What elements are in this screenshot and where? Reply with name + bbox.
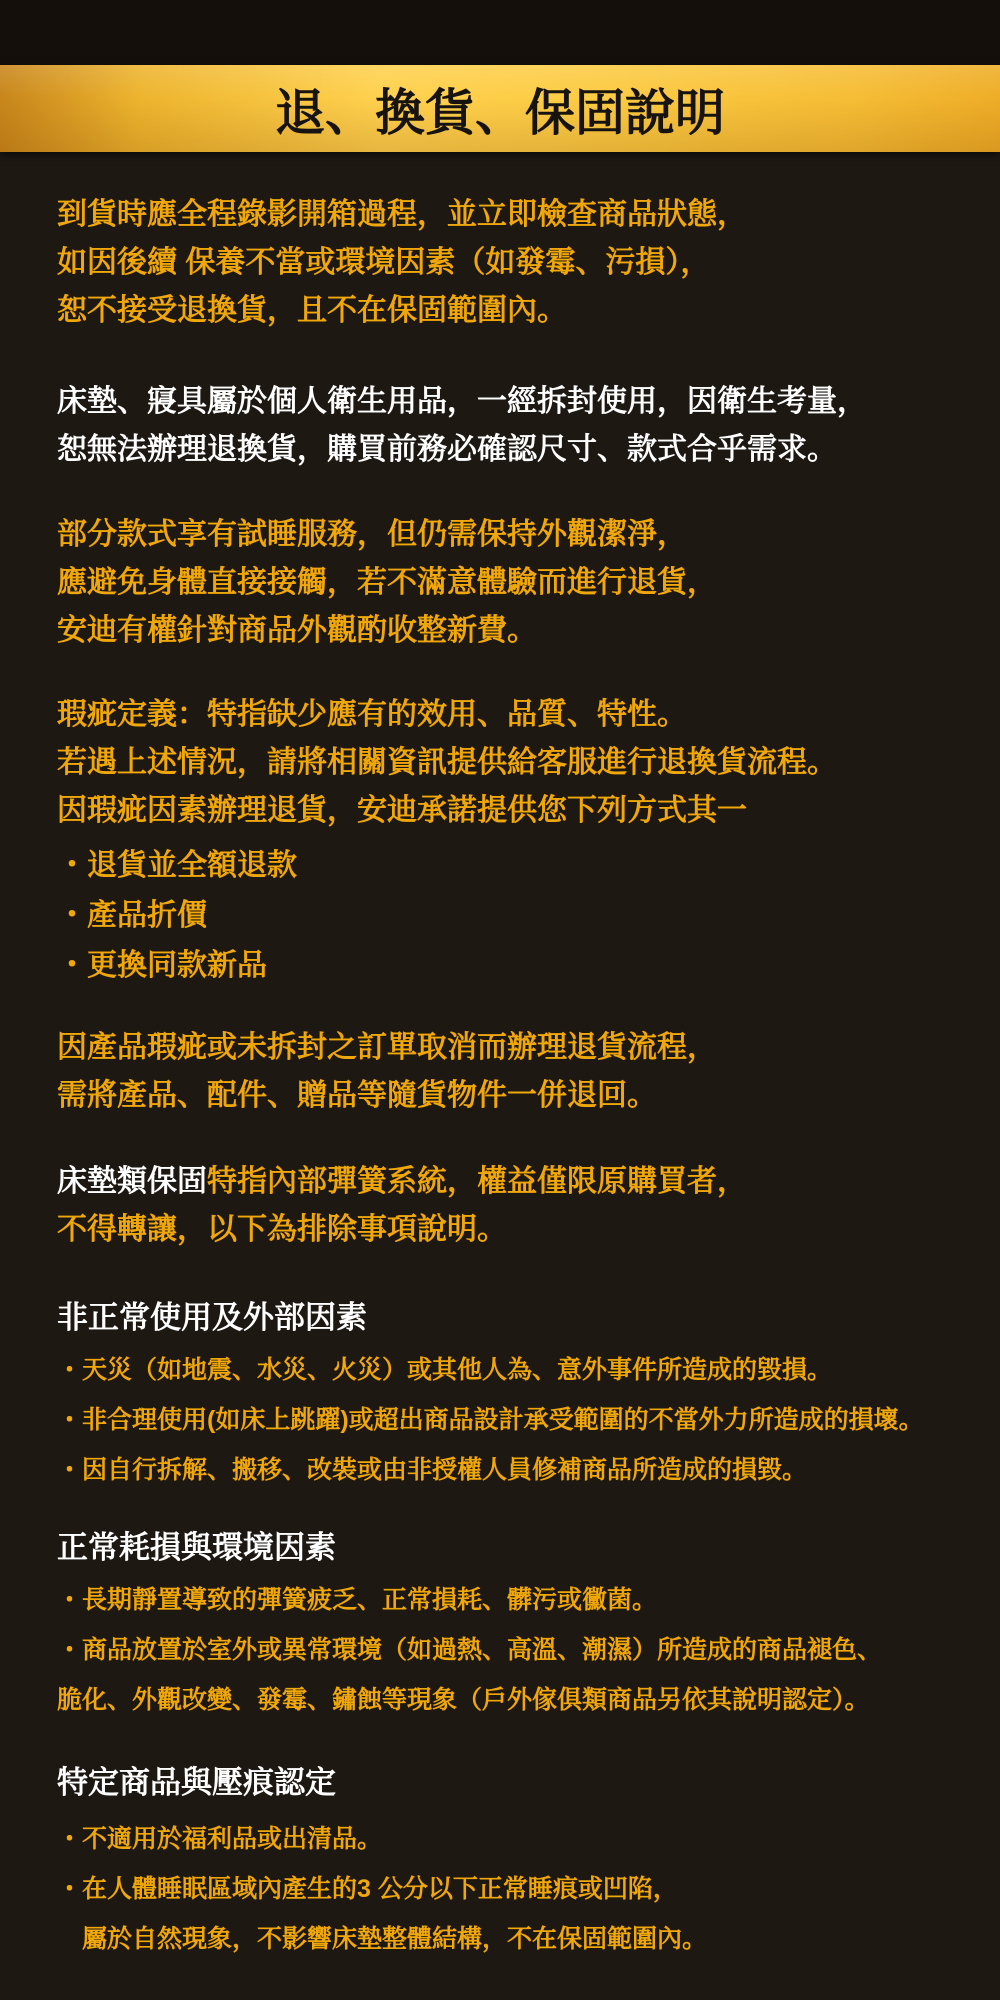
bullet-icon: ・: [57, 1356, 82, 1384]
list-item: ・產品折價: [57, 891, 297, 941]
abnormal-use-bullet-list: ・天災（如地震、水災、火災）或其他人為、意外事件所造成的毀損。 ・非合理使用(如…: [57, 1345, 924, 1495]
list-item: ・更換同款新品: [57, 941, 297, 991]
specific-products-bullet-list: ・不適用於福利品或出清品。 ・在人體睡眠區域內產生的3 公分以下正常睡痕或凹陷，…: [57, 1814, 707, 1964]
bullet-icon: ・: [57, 1636, 82, 1664]
paragraph-mattress-warranty: 床墊類保固特指內部彈簧系統，權益僅限原購買者， 不得轉讓，以下為排除事項說明。: [57, 1158, 747, 1254]
list-item: ・長期靜置導致的彈簧疲乏、正常損耗、髒污或黴菌。: [57, 1575, 882, 1625]
bullet-icon: ・: [57, 1825, 82, 1853]
list-item-label: 更換同款新品: [87, 949, 267, 982]
policy-content: 到貨時應全程錄影開箱過程，並立即檢查商品狀態， 如因後續 保養不當或環境因素（如…: [57, 0, 967, 2000]
text-line: 安迪有權針對商品外觀酌收整新費。: [57, 607, 717, 655]
section-heading-specific-products: 特定商品與壓痕認定: [57, 1759, 336, 1807]
list-item: ・因自行拆解、搬移、改裝或由非授權人員修補商品所造成的損毀。: [57, 1445, 924, 1495]
bullet-icon: ・: [57, 949, 87, 982]
text-line: 床墊類保固特指內部彈簧系統，權益僅限原購買者，: [57, 1158, 747, 1206]
list-item-continuation: 脆化、外觀改變、發霉、鏽蝕等現象（戶外傢俱類商品另依其說明認定）。: [57, 1675, 882, 1725]
list-item-label: 退貨並全額退款: [87, 849, 297, 882]
list-item-label: 非合理使用(如床上跳躍)或超出商品設計承受範圍的不當外力所造成的損壞。: [82, 1406, 924, 1434]
list-item: ・在人體睡眠區域內產生的3 公分以下正常睡痕或凹陷，: [57, 1864, 707, 1914]
bullet-icon: ・: [57, 1586, 82, 1614]
text-line: 因產品瑕疵或未拆封之訂單取消而辦理退貨流程，: [57, 1024, 717, 1072]
list-item-label: 因自行拆解、搬移、改裝或由非授權人員修補商品所造成的損毀。: [82, 1456, 807, 1484]
list-item: ・非合理使用(如床上跳躍)或超出商品設計承受範圍的不當外力所造成的損壞。: [57, 1395, 924, 1445]
list-item-label: 長期靜置導致的彈簧疲乏、正常損耗、髒污或黴菌。: [82, 1586, 657, 1614]
normal-wear-bullet-list: ・長期靜置導致的彈簧疲乏、正常損耗、髒污或黴菌。 ・商品放置於室外或異常環境（如…: [57, 1575, 882, 1725]
paragraph-arrival-inspection: 到貨時應全程錄影開箱過程，並立即檢查商品狀態， 如因後續 保養不當或環境因素（如…: [57, 191, 747, 335]
bullet-icon: ・: [57, 899, 87, 932]
list-item-continuation: 屬於自然現象，不影響床墊整體結構，不在保固範圍內。: [82, 1914, 707, 1964]
paragraph-trial-service: 部分款式享有試睡服務，但仍需保持外觀潔淨， 應避免身體直接接觸，若不滿意體驗而進…: [57, 511, 717, 655]
text-line: 恕無法辦理退換貨，購買前務必確認尺寸、款式合乎需求。: [57, 426, 867, 474]
text-line: 瑕疵定義：特指缺少應有的效用、品質、特性。: [57, 691, 837, 739]
paragraph-hygiene-products: 床墊、寢具屬於個人衛生用品，一經拆封使用，因衛生考量， 恕無法辦理退換貨，購買前…: [57, 378, 867, 474]
list-item: ・商品放置於室外或異常環境（如過熱、高溫、潮濕）所造成的商品褪色、: [57, 1625, 882, 1675]
list-item: ・天災（如地震、水災、火災）或其他人為、意外事件所造成的毀損。: [57, 1345, 924, 1395]
list-item-label: 商品放置於室外或異常環境（如過熱、高溫、潮濕）所造成的商品褪色、: [82, 1636, 882, 1664]
text-line: 恕不接受退換貨，且不在保固範圍內。: [57, 287, 747, 335]
refund-options-list: ・退貨並全額退款 ・產品折價 ・更換同款新品: [57, 841, 297, 991]
list-item-label: 不適用於福利品或出清品。: [82, 1825, 382, 1853]
bullet-icon: ・: [57, 1875, 82, 1903]
section-heading-abnormal-use: 非正常使用及外部因素: [57, 1294, 367, 1342]
bullet-icon: ・: [57, 849, 87, 882]
return-policy-page: 退、換貨、保固說明 到貨時應全程錄影開箱過程，並立即檢查商品狀態， 如因後續 保…: [0, 0, 1000, 2000]
text-line: 床墊、寢具屬於個人衛生用品，一經拆封使用，因衛生考量，: [57, 378, 867, 426]
text-line: 應避免身體直接接觸，若不滿意體驗而進行退貨，: [57, 559, 717, 607]
bullet-icon: ・: [57, 1406, 82, 1434]
paragraph-return-flow: 因產品瑕疵或未拆封之訂單取消而辦理退貨流程， 需將產品、配件、贈品等隨貨物件一併…: [57, 1024, 717, 1120]
text-line: 如因後續 保養不當或環境因素（如發霉、污損），: [57, 239, 747, 287]
list-item-label: 天災（如地震、水災、火災）或其他人為、意外事件所造成的毀損。: [82, 1356, 832, 1384]
text-line: 到貨時應全程錄影開箱過程，並立即檢查商品狀態，: [57, 191, 747, 239]
paragraph-defect-definition: 瑕疵定義：特指缺少應有的效用、品質、特性。 若遇上述情況，請將相關資訊提供給客服…: [57, 691, 837, 835]
list-item: ・不適用於福利品或出清品。: [57, 1814, 707, 1864]
warranty-highlight: 床墊類保固: [57, 1165, 207, 1198]
section-heading-normal-wear: 正常耗損與環境因素: [57, 1524, 336, 1572]
bullet-icon: ・: [57, 1456, 82, 1484]
warranty-gold-text: 特指內部彈簧系統，權益僅限原購買者，: [207, 1165, 747, 1198]
list-item-label: 產品折價: [87, 899, 207, 932]
text-line: 若遇上述情況，請將相關資訊提供給客服進行退換貨流程。: [57, 739, 837, 787]
list-item-label: 在人體睡眠區域內產生的3 公分以下正常睡痕或凹陷，: [82, 1875, 678, 1903]
text-line: 部分款式享有試睡服務，但仍需保持外觀潔淨，: [57, 511, 717, 559]
list-item: ・退貨並全額退款: [57, 841, 297, 891]
text-line: 需將產品、配件、贈品等隨貨物件一併退回。: [57, 1072, 717, 1120]
text-line: 不得轉讓，以下為排除事項說明。: [57, 1206, 747, 1254]
text-line: 因瑕疵因素辦理退貨，安迪承諾提供您下列方式其一: [57, 787, 837, 835]
